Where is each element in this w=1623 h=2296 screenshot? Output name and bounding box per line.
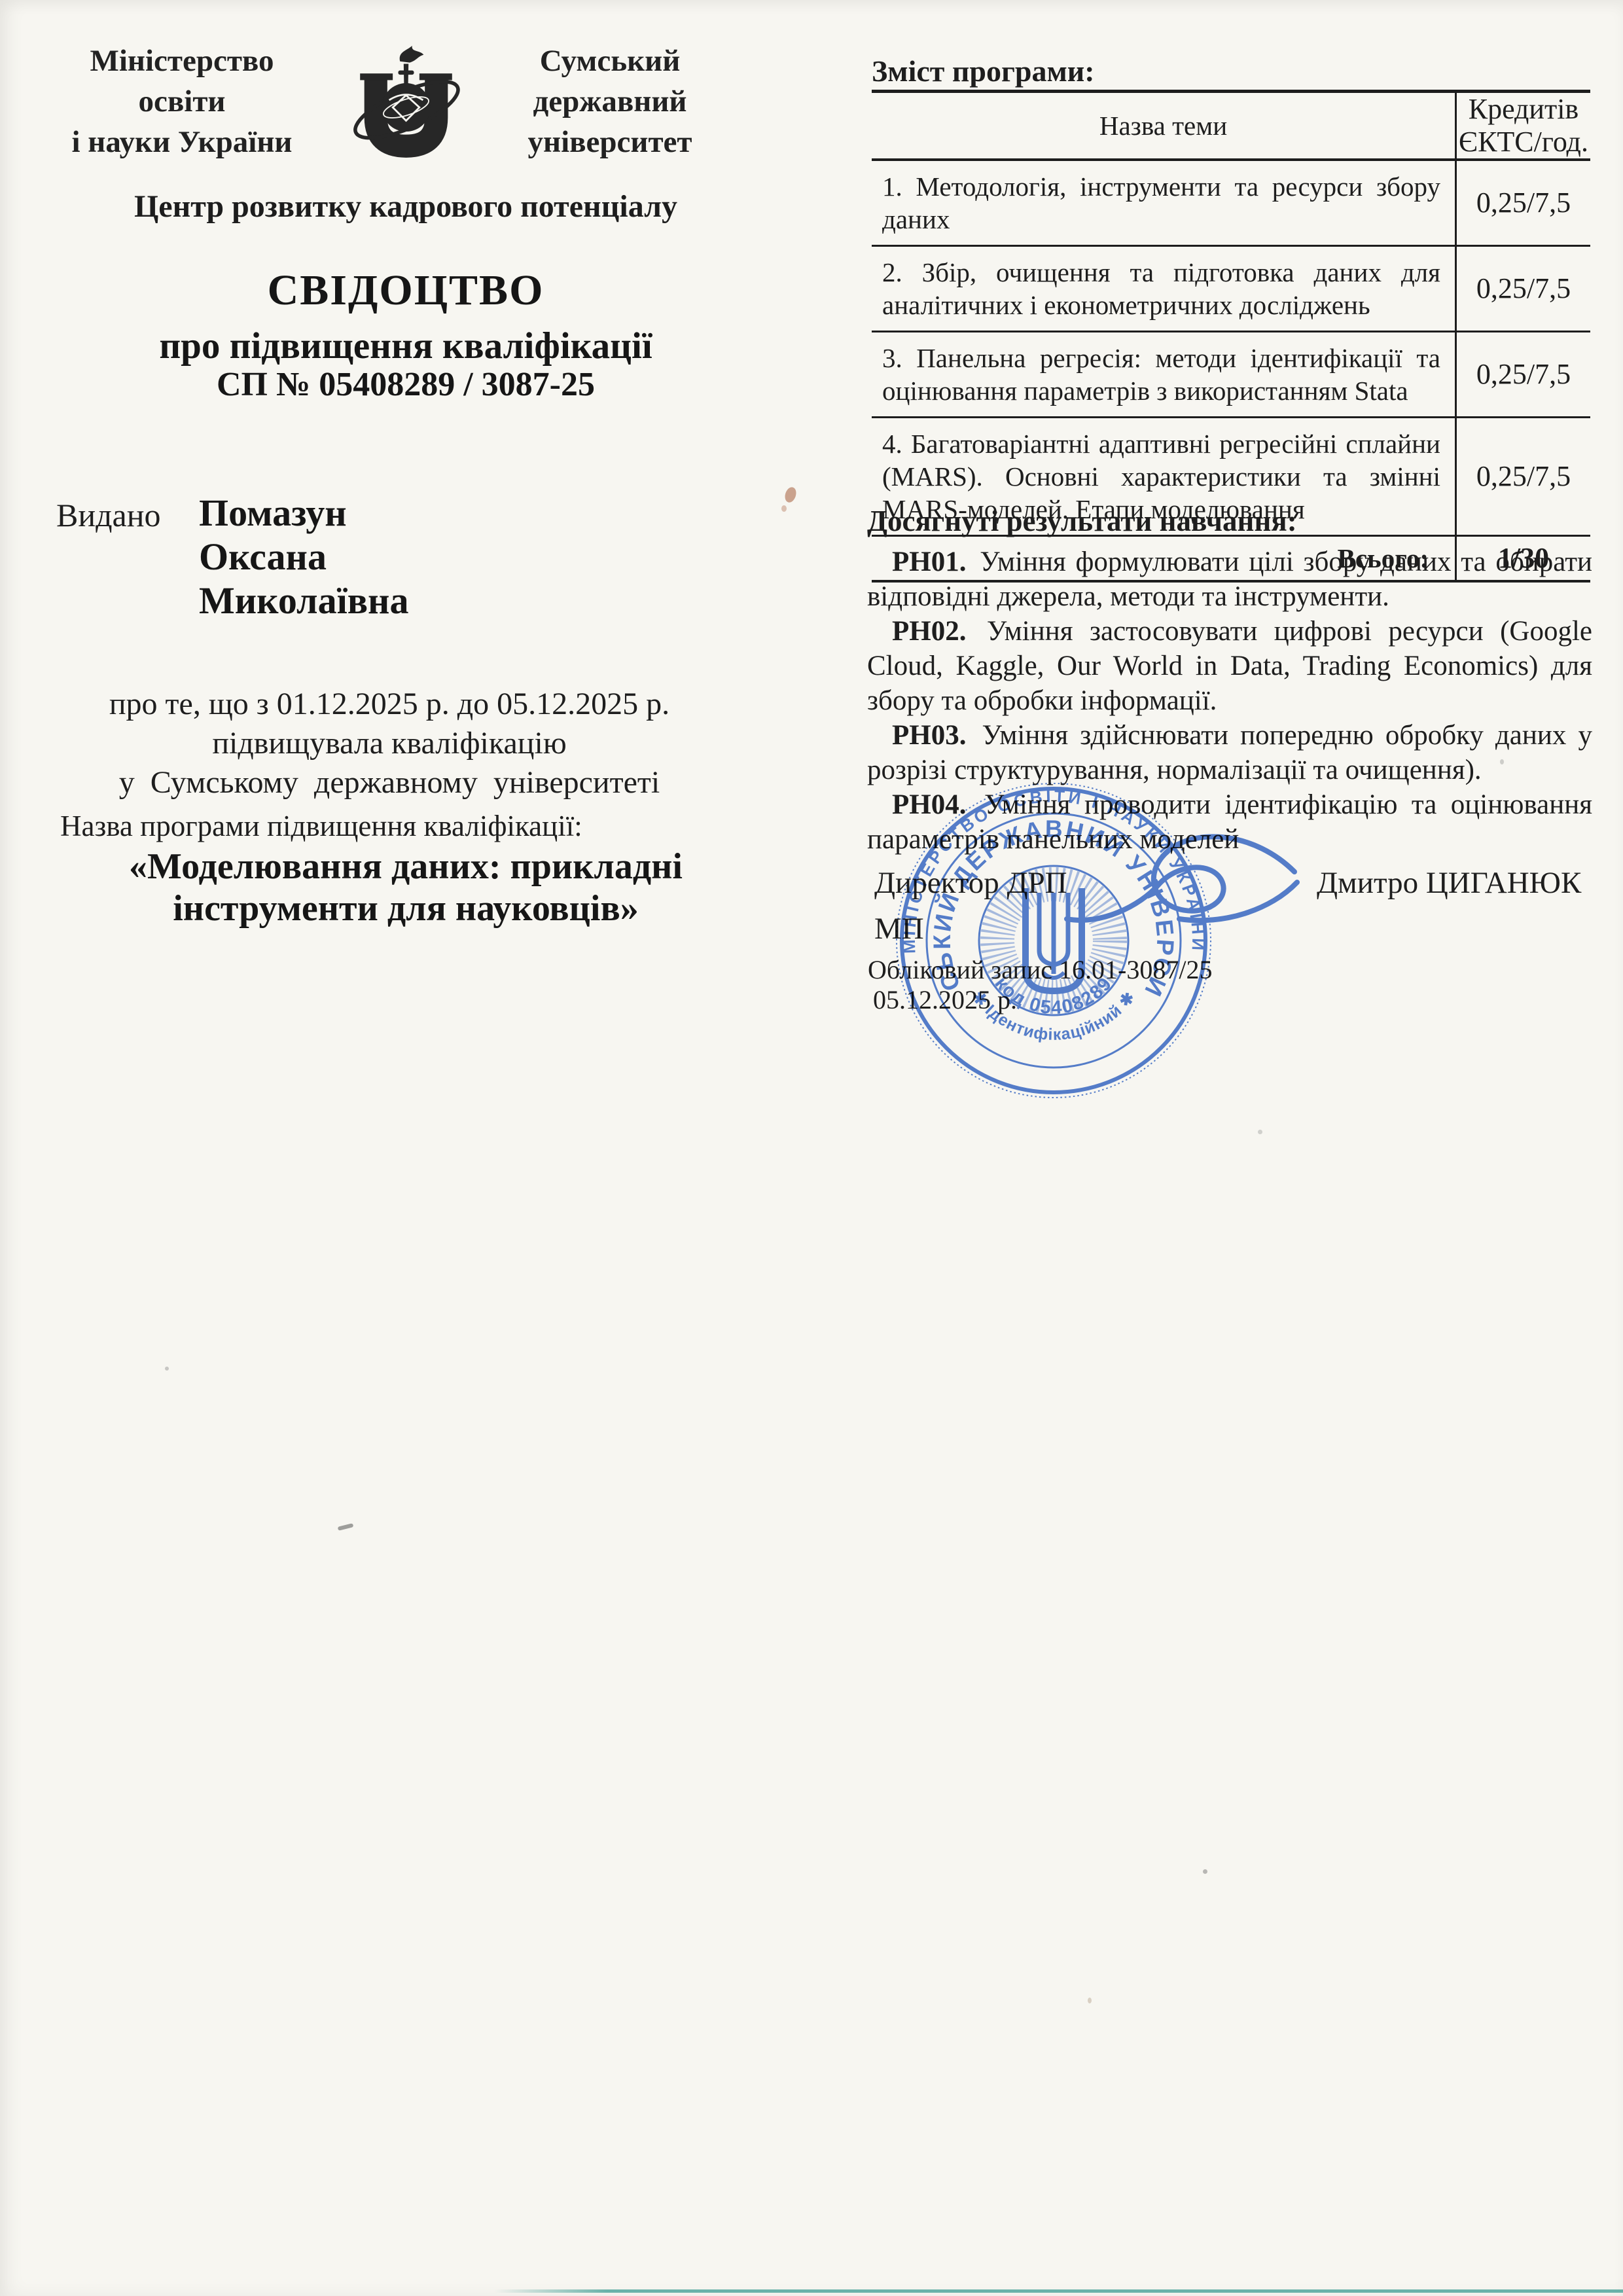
recipient-name: Помазун Оксана Миколаївна xyxy=(199,491,408,622)
program-name-line: інструменти для науковців» xyxy=(92,888,720,929)
ministry-line: освіти xyxy=(58,81,306,122)
certificate-title: СВІДОЦТВО xyxy=(92,266,720,315)
recipient-patronymic: Миколаївна xyxy=(199,579,408,622)
outcome-item: РН01. Уміння формулювати цілі збору дани… xyxy=(867,545,1592,614)
table-header-row: Назва теми Кредитів ЄКТС/год. xyxy=(872,93,1590,161)
scanner-edge-artifact xyxy=(494,2289,1623,2293)
credits-cell: 0,25/7,5 xyxy=(1455,247,1590,331)
university-name: Сумський державний університет xyxy=(505,41,715,162)
university-round-stamp: МІНІСТЕРСТВО ОСВІТИ І НАУКИ УКРАЇНИ СУМС… xyxy=(870,754,1342,1127)
scan-speck xyxy=(338,1523,354,1531)
outcome-text: Уміння формулювати цілі збору даних та о… xyxy=(867,547,1592,612)
table-row: 1. Методологія, інструменти та ресурси з… xyxy=(872,161,1590,247)
university-line: державний xyxy=(505,81,715,122)
outcome-code: РН01. xyxy=(892,547,966,577)
column-header-credits: Кредитів ЄКТС/год. xyxy=(1455,93,1590,158)
scan-speck xyxy=(1088,1998,1092,2003)
scan-speck xyxy=(1258,1130,1262,1134)
table-row: 2. Збір, очищення та підготовка даних дл… xyxy=(872,247,1590,332)
ministry-line: і науки України xyxy=(58,122,306,162)
certificate-number: СП № 05408289 / 3087-25 xyxy=(92,365,720,404)
recipient-surname: Помазун xyxy=(199,491,408,535)
table-row: 3. Панельна регресія: методи ідентифікац… xyxy=(872,332,1590,418)
program-label: Назва програми підвищення кваліфікації: xyxy=(60,809,582,843)
topic-cell: 1. Методологія, інструменти та ресурси з… xyxy=(872,161,1455,245)
credits-cell: 0,25/7,5 xyxy=(1455,332,1590,416)
outcomes-heading: Досягнуті результати навчання: xyxy=(867,504,1592,538)
topic-cell: 2. Збір, очищення та підготовка даних дл… xyxy=(872,247,1455,331)
certificate-page: Міністерство освіти і науки України Сумс… xyxy=(0,0,1623,2296)
scan-speck xyxy=(1203,1869,1207,1874)
ministry-line: Міністерство xyxy=(58,41,306,81)
period-dates: про те, що з 01.12.2025 р. до 05.12.2025… xyxy=(59,685,720,724)
recipient-firstname: Оксана xyxy=(199,535,408,579)
scan-speck xyxy=(781,505,787,512)
column-header-topic: Назва теми xyxy=(872,93,1455,158)
university-line: університет xyxy=(505,122,715,162)
outcome-item: РН02. Уміння застосовувати цифрові ресур… xyxy=(867,614,1592,718)
issued-label: Видано xyxy=(56,496,161,534)
certificate-subtitle: про підвищення кваліфікації xyxy=(92,325,720,367)
scan-speck xyxy=(783,486,798,504)
university-logo-icon xyxy=(346,43,467,164)
period-action: підвищувала кваліфікацію xyxy=(59,724,720,763)
outcome-code: РН03. xyxy=(892,720,966,751)
ministry-name: Міністерство освіти і науки України xyxy=(58,41,306,162)
signer-name: Дмитро ЦИГАНЮК xyxy=(1317,865,1581,901)
outcome-text: Уміння застосовувати цифрові ресурси (Go… xyxy=(867,616,1592,716)
outcome-code: РН02. xyxy=(892,616,966,647)
program-name: «Моделювання даних: прикладні інструмент… xyxy=(92,846,720,929)
program-content-heading: Зміст програми: xyxy=(872,54,1095,88)
topic-cell: 3. Панельна регресія: методи ідентифікац… xyxy=(872,332,1455,416)
credits-cell: 0,25/7,5 xyxy=(1455,161,1590,245)
program-name-line: «Моделювання даних: прикладні xyxy=(92,846,720,888)
training-period: про те, що з 01.12.2025 р. до 05.12.2025… xyxy=(59,685,720,802)
scan-speck xyxy=(1500,759,1504,764)
university-line: Сумський xyxy=(505,41,715,81)
scan-speck xyxy=(165,1367,169,1371)
period-institution: у Сумському державному університеті xyxy=(59,763,720,802)
department-name: Центр розвитку кадрового потенціалу xyxy=(92,188,720,224)
